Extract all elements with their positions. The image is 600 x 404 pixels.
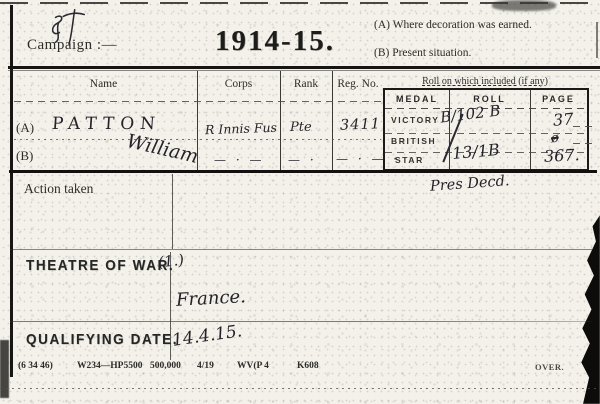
row-b-forename: William — [124, 130, 200, 168]
note-a: (A) Where decoration was earned. — [374, 19, 532, 31]
page-victory-value: 37 — [552, 109, 574, 129]
page-british-struck-value: ø — [550, 131, 560, 147]
column-header-name: Name — [12, 78, 195, 90]
theatre-bottom-rule — [10, 321, 592, 322]
row-a-corps: R Innis Fus — [205, 120, 277, 138]
campaign-value: 1914-15. — [205, 25, 345, 58]
row-b-prefix: (B) — [16, 148, 33, 164]
action-taken-label: Action taken — [24, 181, 93, 197]
header-divider — [8, 66, 600, 69]
page-star-value: 367. — [544, 145, 581, 166]
over-label: OVER. — [535, 362, 564, 372]
action-bottom-rule — [10, 249, 592, 250]
print-ref-batch: (6 34 46) — [18, 361, 53, 371]
print-ref-quantity: 500,000 — [150, 361, 181, 371]
row-a-prefix: (A) — [16, 120, 34, 136]
print-ref-date: 4/19 — [197, 361, 214, 371]
column-header-rank: Rank — [280, 78, 332, 90]
row-a-rank: Pte — [290, 120, 312, 135]
qualifying-date-value: 14.4.15. — [171, 321, 243, 351]
action-divider — [172, 174, 173, 249]
print-ref-form: W234—HP5500 — [77, 361, 142, 371]
row-a-surname: PATTON — [51, 114, 161, 134]
medal-col-medal: MEDAL — [385, 94, 449, 104]
bottom-edge-dots — [0, 388, 600, 389]
header-divider-thin — [8, 70, 600, 71]
campaign-label: Campaign :— — [27, 37, 117, 54]
medal-row-victory: VICTORY — [391, 115, 440, 125]
qualifying-date-label: QUALIFYING DATE. — [26, 331, 178, 347]
right-scan-shadow — [566, 215, 600, 404]
row-a-reg-no: 3411 — [340, 116, 381, 133]
medal-col-page: PAGE — [530, 94, 587, 104]
remark-pres-decd: Pres Decd. — [430, 173, 510, 195]
print-ref-printer: WV(P 4 — [237, 361, 269, 371]
right-edge-tick — [596, 22, 598, 58]
row-a-underline — [14, 139, 381, 140]
print-ref-k-number: K608 — [297, 361, 319, 371]
theatre-of-war-label: THEATRE OF WAR. — [26, 257, 174, 273]
page-trailing-dash-1 — [573, 126, 593, 127]
row-b-rank-dashes: — · — [288, 153, 317, 167]
theatre-value: France. — [175, 286, 246, 311]
left-bottom-blotch — [0, 340, 9, 398]
medal-row-british: BRITISH — [391, 136, 436, 146]
medal-index-card: Campaign :— 1914-15. (A) Where decoratio… — [0, 0, 600, 404]
note-b: (B) Present situation. — [374, 47, 471, 59]
page-trailing-dash-2 — [573, 143, 593, 144]
header-underline — [14, 101, 381, 102]
row-b-corps-dashes: — · — — [214, 153, 264, 167]
column-header-corps: Corps — [197, 78, 280, 90]
top-right-smudge — [492, 0, 556, 11]
theatre-number: (1.) — [157, 251, 185, 272]
column-header-reg: Reg. No. — [332, 78, 384, 90]
medal-row-star: STAR — [395, 155, 424, 165]
medal-table-title: Roll on which included (if any) — [385, 76, 585, 87]
